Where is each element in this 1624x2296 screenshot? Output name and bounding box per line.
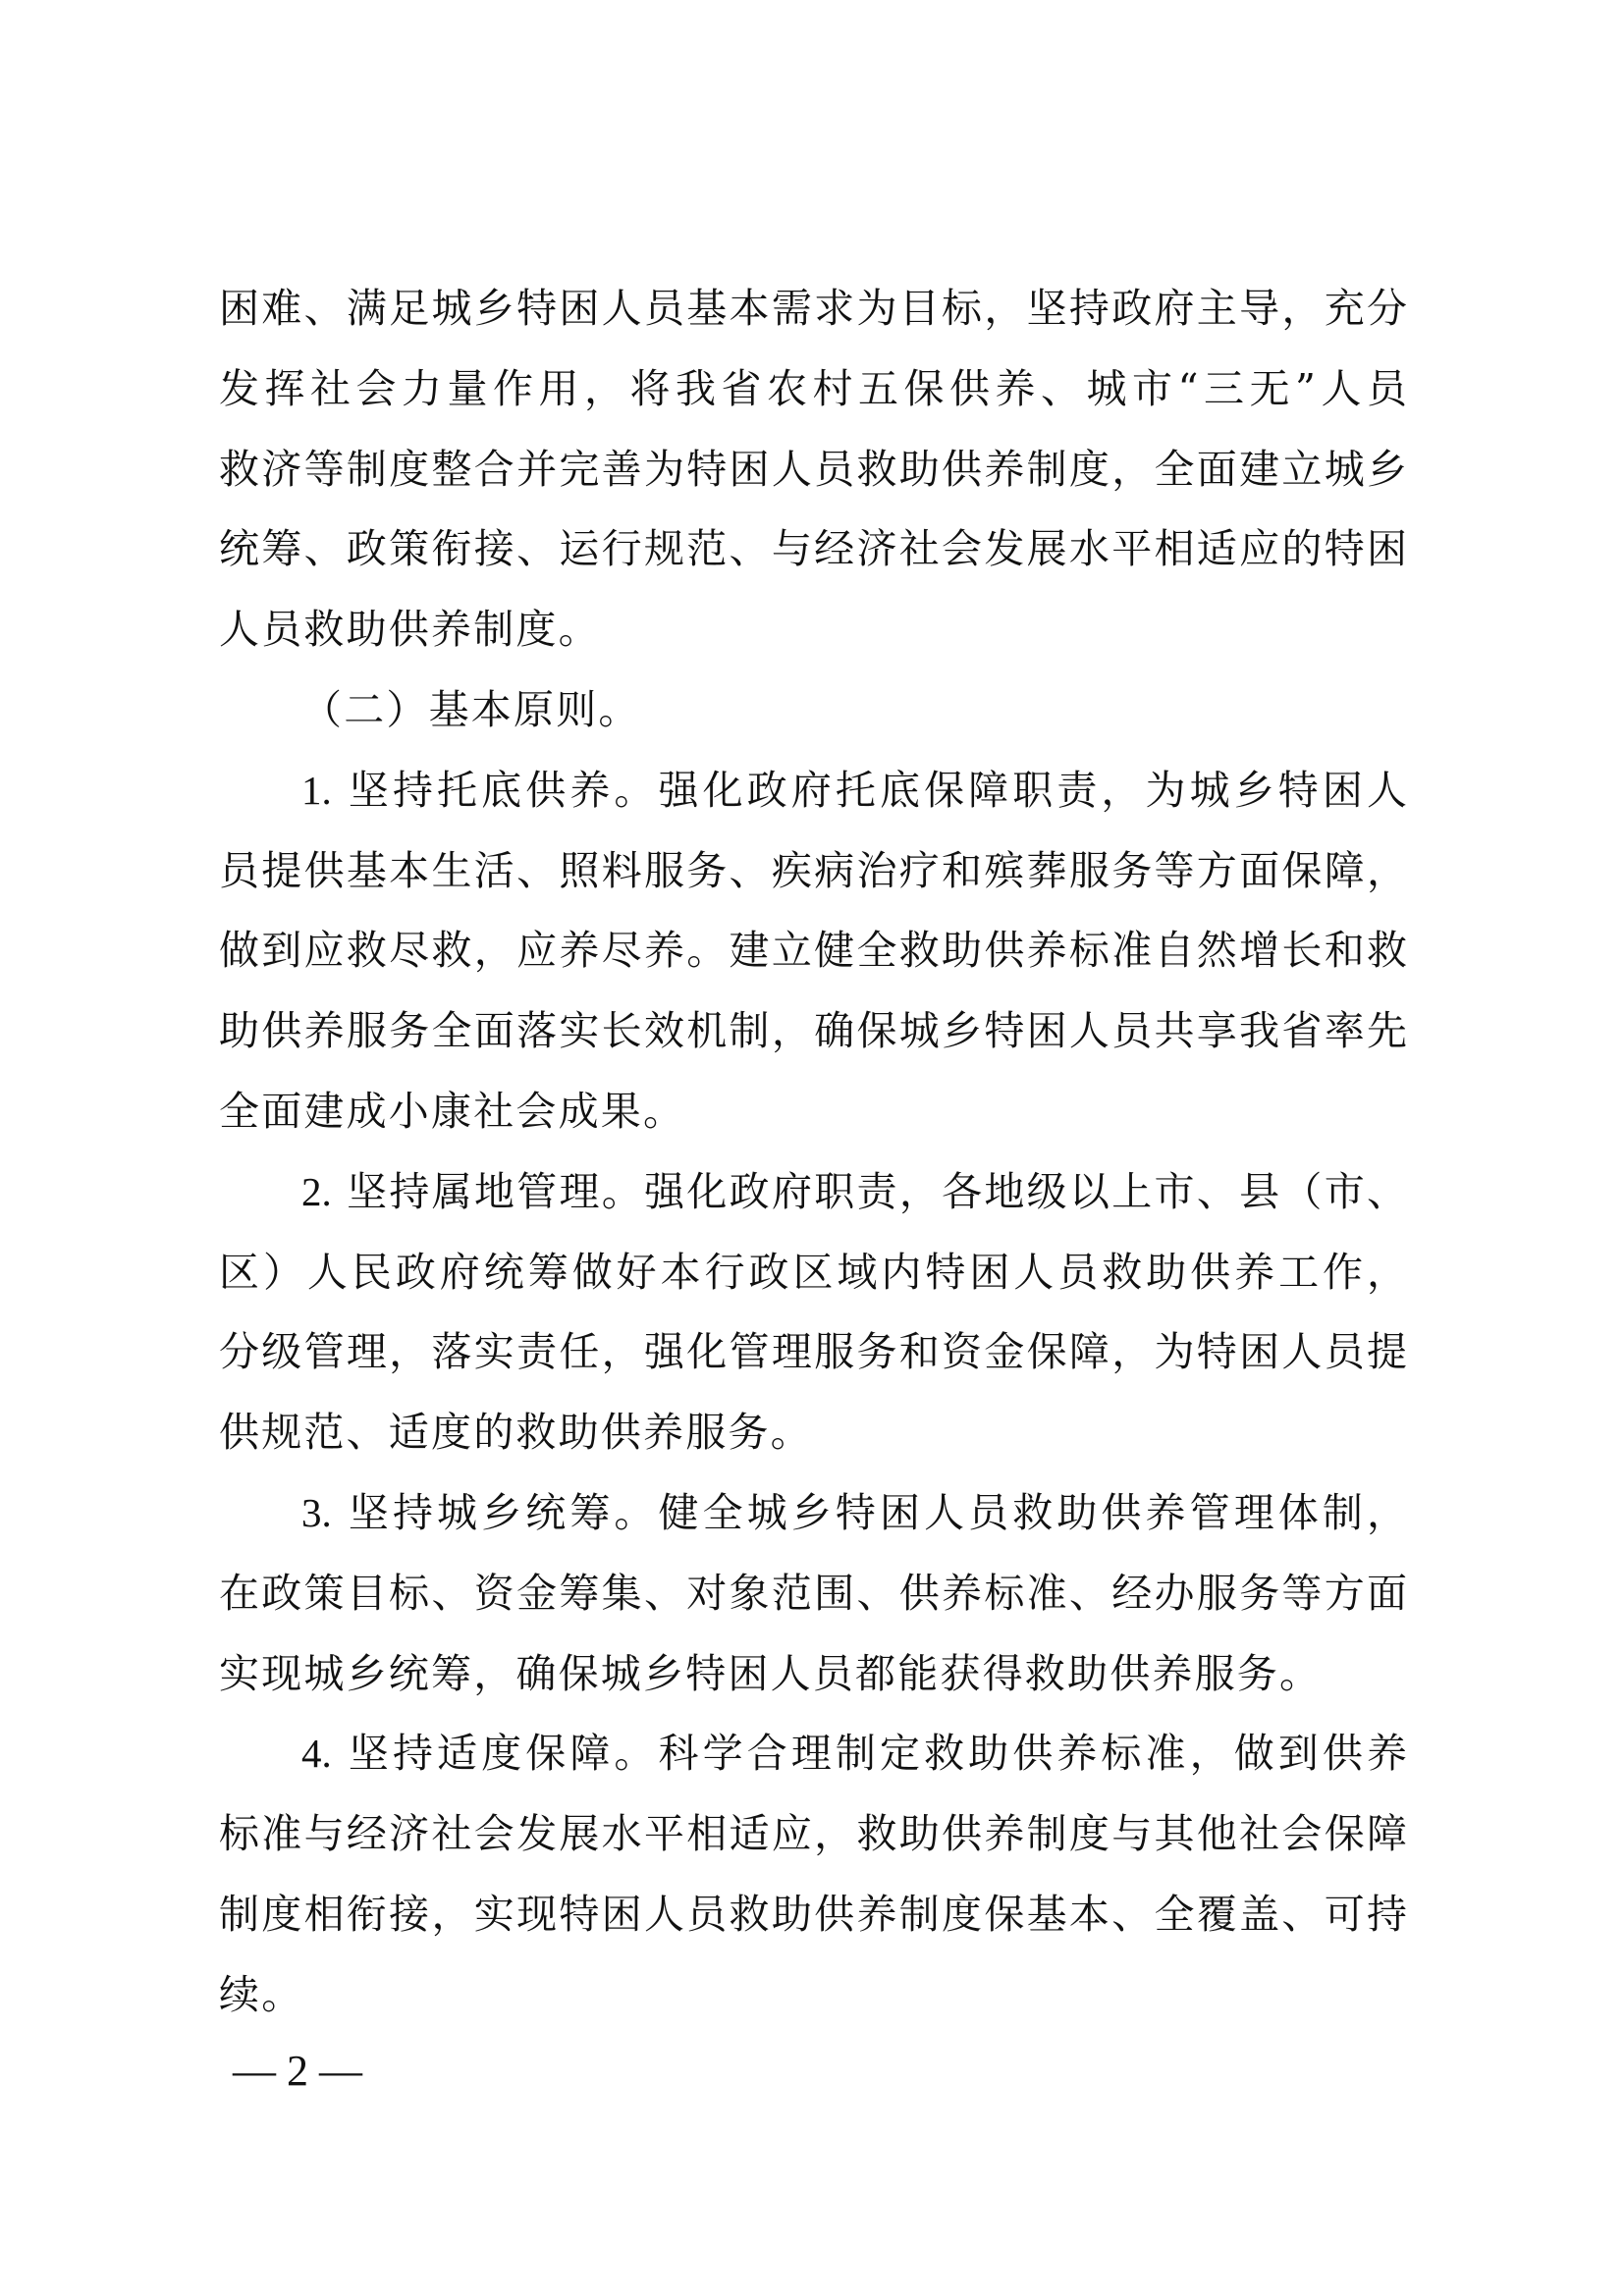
text-segment: 坚持适度保障。科学合理制定救助供养标准，做到供养 [349,1730,1407,1777]
text-line: 救济等制度整合并完善为特困人员救助供养制度，全面建立城乡 [219,430,1407,510]
text-line: 4. 坚持适度保障。科学合理制定救助供养标准，做到供养 [219,1714,1407,1794]
text-line: 3. 坚持城乡统筹。健全城乡特困人员救助供养管理体制， [219,1473,1407,1554]
section-heading-basic-principles: （二）基本原则。 [219,670,1407,751]
text-segment: 坚持托底供养。强化政府托底保障职责，为城乡特困人 [349,767,1407,814]
document-page: 困难、满足城乡特困人员基本需求为目标，坚持政府主导，充分 发挥社会力量作用，将我… [0,0,1624,2296]
text-line: 2. 坚持属地管理。强化政府职责，各地级以上市、县（市、 [219,1152,1407,1233]
text-line: 供规范、适度的救助供养服务。 [219,1393,1407,1473]
list-number: 1. [301,768,332,813]
text-line: 员提供基本生活、照料服务、疾病治疗和殡葬服务等方面保障， [219,831,1407,912]
paragraph-principle-3: 3. 坚持城乡统筹。健全城乡特困人员救助供养管理体制， 在政策目标、资金筹集、对… [219,1473,1407,1714]
text-line: 1. 坚持托底供养。强化政府托底保障职责，为城乡特困人 [219,751,1407,831]
text-line: 区）人民政府统筹做好本行政区域内特困人员救助供养工作， [219,1233,1407,1313]
text-line: 实现城乡统筹，确保城乡特困人员都能获得救助供养服务。 [219,1634,1407,1715]
paragraph-principle-4: 4. 坚持适度保障。科学合理制定救助供养标准，做到供养 标准与经济社会发展水平相… [219,1714,1407,2035]
text-line: 全面建成小康社会成果。 [219,1072,1407,1152]
text-line: 困难、满足城乡特困人员基本需求为目标，坚持政府主导，充分 [219,269,1407,349]
paragraph-principle-2: 2. 坚持属地管理。强化政府职责，各地级以上市、县（市、 区）人民政府统筹做好本… [219,1152,1407,1473]
paragraph-intro-continuation: 困难、满足城乡特困人员基本需求为目标，坚持政府主导，充分 发挥社会力量作用，将我… [219,269,1407,670]
text-line: 分级管理，落实责任，强化管理服务和资金保障，为特困人员提 [219,1312,1407,1393]
list-number: 3. [301,1490,332,1535]
text-line: 做到应救尽救，应养尽养。建立健全救助供养标准自然增长和救 [219,911,1407,991]
text-line: 制度相衔接，实现特困人员救助供养制度保基本、全覆盖、可持 [219,1875,1407,1955]
text-line: 发挥社会力量作用，将我省农村五保供养、城市“三无”人员 [219,349,1407,430]
text-line: 续。 [219,1955,1407,2036]
list-number: 4. [301,1731,332,1776]
text-line: 助供养服务全面落实长效机制，确保城乡特困人员共享我省率先 [219,991,1407,1072]
text-line: 标准与经济社会发展水平相适应，救助供养制度与其他社会保障 [219,1794,1407,1875]
body-text: 困难、满足城乡特困人员基本需求为目标，坚持政府主导，充分 发挥社会力量作用，将我… [219,269,1407,2036]
section-heading: （二）基本原则。 [219,670,1407,751]
page-number: — 2 — [229,2044,366,2099]
paragraph-principle-1: 1. 坚持托底供养。强化政府托底保障职责，为城乡特困人 员提供基本生活、照料服务… [219,751,1407,1152]
text-segment: 坚持属地管理。强化政府职责，各地级以上市、县（市、 [347,1168,1407,1215]
text-line: 人员救助供养制度。 [219,590,1407,670]
text-line: 统筹、政策衔接、运行规范、与经济社会发展水平相适应的特困 [219,509,1407,590]
text-line: 在政策目标、资金筹集、对象范围、供养标准、经办服务等方面 [219,1554,1407,1634]
text-segment: 坚持城乡统筹。健全城乡特困人员救助供养管理体制， [349,1489,1407,1536]
list-number: 2. [301,1169,332,1214]
